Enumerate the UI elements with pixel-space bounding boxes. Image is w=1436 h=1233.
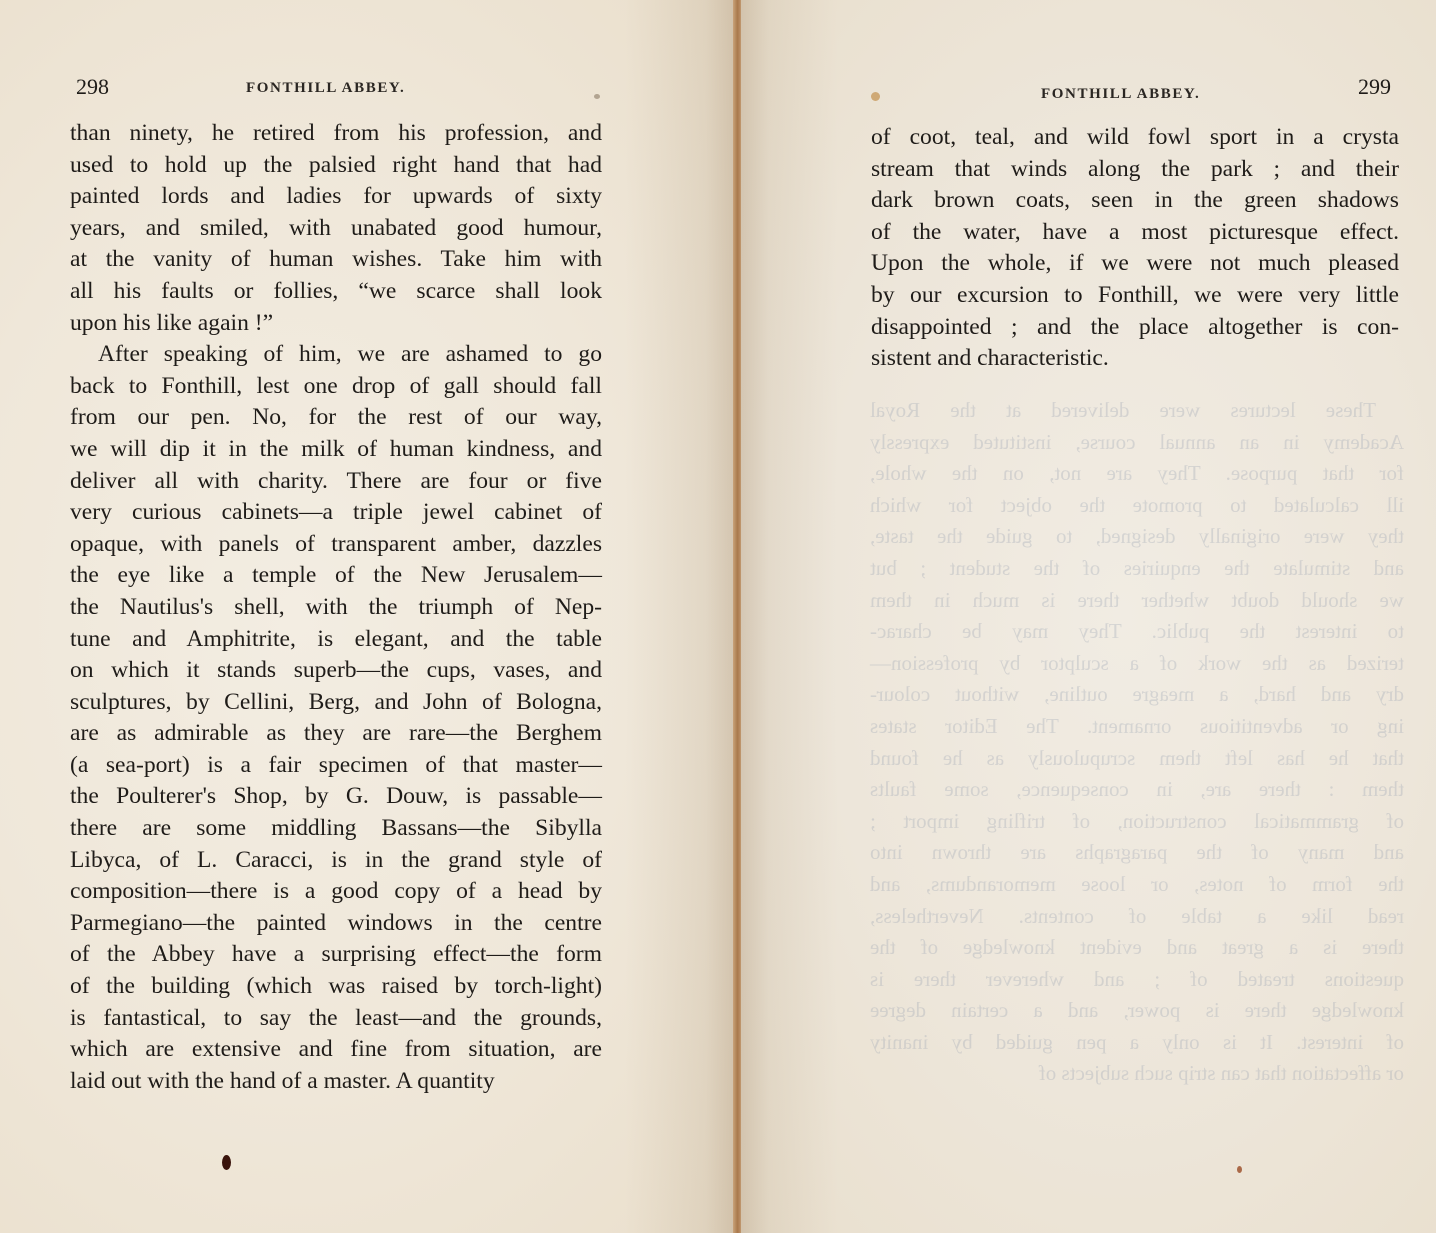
left-page: 298 FONTHILL ABBEY. than ninety, he reti… — [0, 0, 735, 1233]
text-line: (a sea-port) is a fair specimen of that … — [70, 750, 602, 782]
text-line: on which it stands superb—the cups, vase… — [70, 655, 602, 687]
page-number: 298 — [76, 74, 109, 100]
text-line: the eye like a temple of the New Jerusal… — [70, 560, 602, 592]
foxing-spot — [1237, 1166, 1242, 1173]
text-line: laid out with the hand of a master. A qu… — [70, 1066, 602, 1098]
text-line: and stimulate the enquiries of the stude… — [870, 553, 1404, 585]
text-line: disappointed ; and the place altogether … — [871, 312, 1399, 344]
running-head: FONTHILL ABBEY. — [246, 80, 405, 97]
ink-spot — [222, 1155, 231, 1170]
text-line: Parmegiano—the painted windows in the ce… — [70, 908, 602, 940]
text-line: knowledge there is power, and a certain … — [870, 995, 1404, 1027]
showthrough-text: These lectures were delivered at the Roy… — [870, 395, 1404, 1090]
text-line: they were originally designed, to guide … — [870, 521, 1404, 553]
text-line: terized as the work of a sculptor by pro… — [870, 648, 1404, 680]
text-line: the Nautilus's shell, with the triumph o… — [70, 592, 602, 624]
text-line: sistent and characteristic. — [871, 343, 1399, 375]
text-line: dry and hard, a meagre outline, without … — [870, 679, 1404, 711]
text-line: at the vanity of human wishes. Take him … — [70, 244, 602, 276]
page-number: 299 — [1358, 74, 1391, 100]
text-line: of the water, have a most picturesque ef… — [871, 217, 1399, 249]
text-line: from our pen. No, for the rest of our wa… — [70, 402, 602, 434]
text-line: After speaking of him, we are ashamed to… — [70, 339, 602, 371]
text-line: for that purpose. They are not, on the w… — [870, 458, 1404, 490]
text-line: we will dip it in the milk of human kind… — [70, 434, 602, 466]
text-line: of the Abbey have a surprising effect—th… — [70, 939, 602, 971]
text-line: there are some middling Bassans—the Siby… — [70, 813, 602, 845]
text-line: all his faults or follies, “we scarce sh… — [70, 276, 602, 308]
text-line: of interest. It is only a pen guided by … — [870, 1027, 1404, 1059]
text-line: there is a great and evident knowledge o… — [870, 932, 1404, 964]
text-line: are as admirable as they are rare—the Be… — [70, 718, 602, 750]
text-line: back to Fonthill, lest one drop of gall … — [70, 371, 602, 403]
text-line: tune and Amphitrite, is elegant, and the… — [70, 624, 602, 656]
text-line: stream that winds along the park ; and t… — [871, 154, 1399, 186]
text-line: and many of the paragraphs are thrown in… — [870, 837, 1404, 869]
text-line: upon his like again !” — [70, 308, 602, 340]
text-line: or affectation that can strip such subje… — [870, 1058, 1404, 1090]
text-line: ill calculated to promote the object for… — [870, 490, 1404, 522]
text-line: by our excursion to Fonthill, we were ve… — [871, 280, 1399, 312]
text-line: very curious cabinets—a triple jewel cab… — [70, 497, 602, 529]
text-line: to interest the public. They may be char… — [870, 616, 1404, 648]
text-line: Libyca, of L. Caracci, is in the grand s… — [70, 845, 602, 877]
right-page: These lectures were delivered at the Roy… — [741, 0, 1436, 1233]
text-line: of grammatical construction, of trifling… — [870, 806, 1404, 838]
running-head: FONTHILL ABBEY. — [1041, 86, 1200, 103]
text-line: Upon the whole, if we were not much plea… — [871, 248, 1399, 280]
text-line: years, and smiled, with unabated good hu… — [70, 213, 602, 245]
text-line: which are extensive and fine from situat… — [70, 1034, 602, 1066]
text-line: that he has left them scrupulously as he… — [870, 743, 1404, 775]
text-line: than ninety, he retired from his profess… — [70, 118, 602, 150]
foxing-spot — [871, 92, 880, 101]
text-line: opaque, with panels of transparent amber… — [70, 529, 602, 561]
text-line: the Poulterer's Shop, by G. Douw, is pas… — [70, 781, 602, 813]
text-line: painted lords and ladies for upwards of … — [70, 181, 602, 213]
text-line: of the building (which was raised by tor… — [70, 971, 602, 1003]
text-line: is fantastical, to say the least—and the… — [70, 1003, 602, 1035]
left-body-text: than ninety, he retired from his profess… — [70, 118, 602, 1097]
right-body-text: of coot, teal, and wild fowl sport in a … — [871, 122, 1399, 375]
text-line: of coot, teal, and wild fowl sport in a … — [871, 122, 1399, 154]
text-line: dark brown coats, seen in the green shad… — [871, 185, 1399, 217]
text-line: deliver all with charity. There are four… — [70, 466, 602, 498]
text-line: sculptures, by Cellini, Berg, and John o… — [70, 687, 602, 719]
text-line: composition—there is a good copy of a he… — [70, 876, 602, 908]
ink-spot — [594, 94, 600, 99]
book-spread: 298 FONTHILL ABBEY. than ninety, he reti… — [0, 0, 1436, 1233]
text-line: them : there are, in consequence, some f… — [870, 774, 1404, 806]
text-line: These lectures were delivered at the Roy… — [870, 395, 1404, 427]
text-line: used to hold up the palsied right hand t… — [70, 150, 602, 182]
text-line: Academy in an annual course, instituted … — [870, 427, 1404, 459]
text-line: the form of notes, or loose memorandums,… — [870, 869, 1404, 901]
text-line: read like a table of contents. Neverthel… — [870, 901, 1404, 933]
text-line: we should doubt whether there is much in… — [870, 585, 1404, 617]
text-line: questions treated of ; and wherever ther… — [870, 964, 1404, 996]
text-line: ing or adventitious ornament. The Editor… — [870, 711, 1404, 743]
